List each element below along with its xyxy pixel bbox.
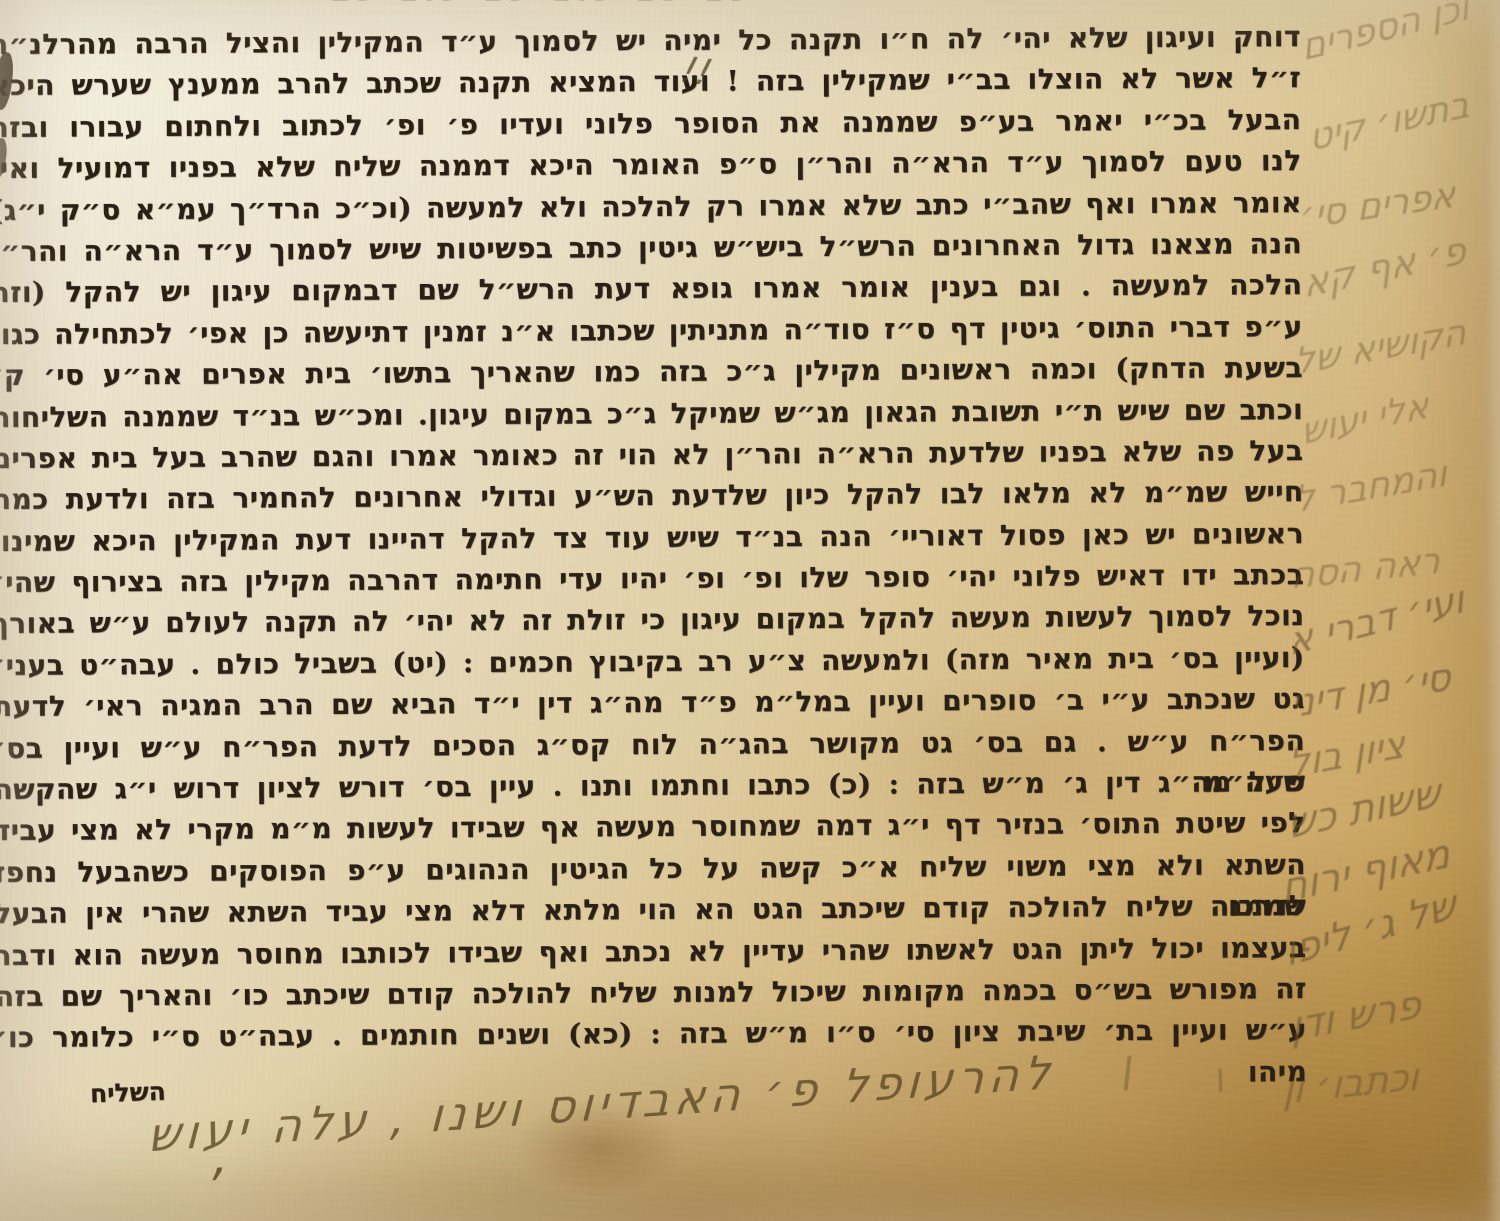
print-line: ע״ש ועיין בת׳ שיבת ציון סי׳ ס״ו מ״ש בזה … [0, 1009, 1307, 1058]
margin-note: בתשו׳ קיט [1308, 84, 1470, 159]
margin-note: פ׳ אף קא [1302, 228, 1467, 307]
page-right-edge [1486, 0, 1500, 1221]
margin-note: ציון בול [1288, 722, 1406, 787]
bottom-note: להרעופל פ׳ האבדיוס ושנו , עלה יעוש [146, 1045, 1057, 1163]
top-edge-cut-line: שם שם שום שם שום שם [330, 0, 756, 7]
ink-mark: ו [1208, 1054, 1228, 1103]
margin-note: סי׳ מן דיני [1290, 654, 1451, 727]
print-line: בשעת הדחק) וכמה ראשונים מקילין ג״כ בזה כ… [0, 347, 1303, 396]
print-line: לנו טעם לסמוך ע״ד הרא״ה והר״ן ס״פ האומר … [0, 140, 1302, 189]
margin-note: הקושיא של [1294, 312, 1467, 384]
margin-note: וכן הספרים [1300, 0, 1471, 69]
margin-note: אפרים סי׳ [1300, 174, 1455, 237]
margin-note: והמחבר ל [1294, 453, 1447, 521]
margin-note: אלי יעוש [1300, 385, 1430, 453]
catchword: השליח [90, 1077, 167, 1109]
margin-note: פרש ודן [1290, 981, 1422, 1050]
print-text-block: דוחק ועיגון שלא יהי׳ לה ח״ו תקנה כל ימיה… [0, 16, 1307, 1059]
manuscript-page: שם שם שום שם שום שם דוחק ועיגון שלא יהי׳… [0, 0, 1500, 1221]
bottom-note: , [212, 1126, 235, 1187]
